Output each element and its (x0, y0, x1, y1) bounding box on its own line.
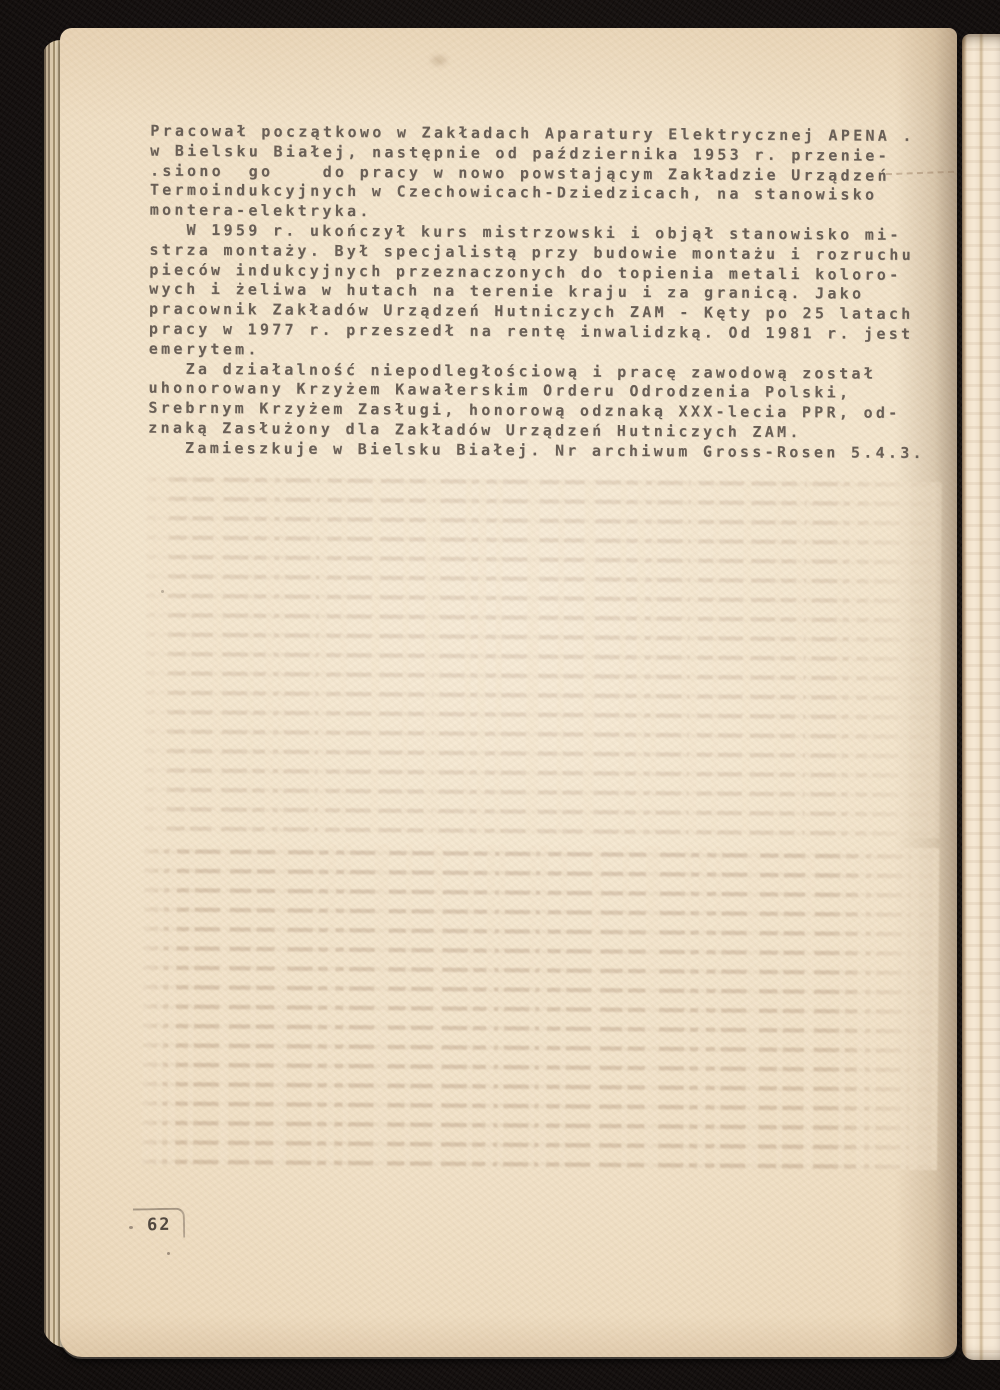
page-number-pencil-box: 62 (133, 1208, 186, 1239)
paper-smudge (428, 53, 450, 68)
paper-speck (161, 590, 164, 593)
paper-speck (167, 1252, 170, 1255)
verso-bleedthrough-upper (144, 477, 941, 839)
page-content: Pracował początkowo w Zakładach Aparatur… (51, 28, 957, 1363)
paper-speck (129, 1226, 133, 1229)
verso-bleedthrough-lower (142, 843, 939, 1171)
next-page-edge-sliver (962, 34, 1000, 1360)
typewritten-body-text: Pracował początkowo w Zakładach Aparatur… (148, 122, 927, 464)
book-scan: Pracował początkowo w Zakładach Aparatur… (0, 0, 1000, 1390)
book-page: Pracował początkowo w Zakładach Aparatur… (60, 28, 957, 1357)
page-number: 62 (147, 1215, 172, 1235)
